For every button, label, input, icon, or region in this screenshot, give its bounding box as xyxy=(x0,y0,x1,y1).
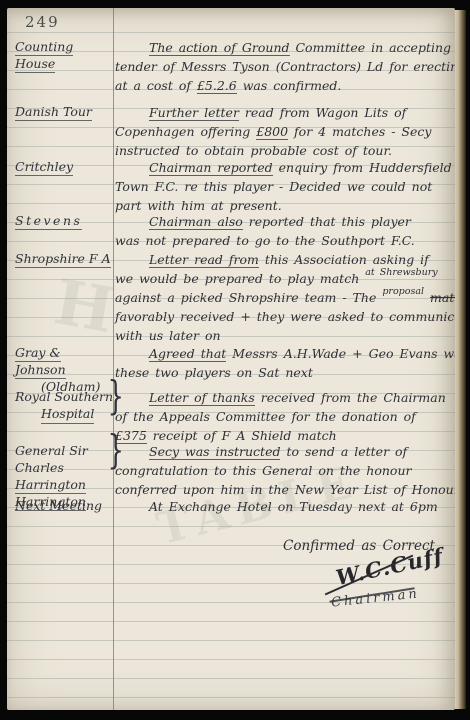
entry-line: Secy was instructed to send a letter of xyxy=(115,442,455,461)
label-brace: } xyxy=(107,385,124,411)
minute-entry-next-meeting: Next Meeting At Exchange Hotel on Tuesda… xyxy=(15,497,443,516)
entry-line: Town F.C. re this player - Decided we co… xyxy=(115,177,452,196)
underlined-phrase: Further letter xyxy=(149,105,239,121)
label-brace: } xyxy=(107,439,124,465)
entry-body: Chairman reported enquiry from Huddersfi… xyxy=(115,158,452,215)
amount-text: £5.2.6 xyxy=(197,78,237,94)
entry-label: Danish Tour xyxy=(15,103,115,160)
entry-line: tender of Messrs Tyson (Contractors) Ld … xyxy=(115,57,455,76)
minute-entry-counting-house: Counting House The action of Ground Comm… xyxy=(15,38,443,95)
line-text: read from Wagon Lits of xyxy=(239,105,406,120)
underlined-phrase: Chairman also xyxy=(149,214,243,230)
page-number: 249 xyxy=(25,13,60,31)
entry-label: Shropshire F A xyxy=(15,250,115,345)
entry-label-text: Hospital xyxy=(41,405,94,424)
line-text: received from the Chairman xyxy=(255,390,446,405)
line-text: Copenhagen offering xyxy=(115,124,256,139)
underlined-phrase: The action of Ground xyxy=(149,40,290,56)
line-text: we would be prepared to play match xyxy=(115,271,365,286)
entry-line: Copenhagen offering £800 for 4 matches -… xyxy=(115,122,443,141)
entry-label: Stevens xyxy=(15,212,115,250)
line-text: instructed to obtain probable cost of to… xyxy=(115,143,392,158)
underlined-phrase: Letter of thanks xyxy=(149,390,255,406)
line-text: Town F.C. re this player - Decided we co… xyxy=(115,179,432,194)
line-text: enquiry from Huddersfield xyxy=(273,160,452,175)
line-text: against a picked Shropshire team - The xyxy=(115,290,382,305)
line-text: this Association asking if xyxy=(259,252,429,267)
line-text: favorably received + they were asked to … xyxy=(115,309,455,324)
minute-entry-shropshire-fa: Shropshire F A Letter read from this Ass… xyxy=(15,250,443,345)
line-text: congratulation to this General on the ho… xyxy=(115,463,412,478)
line-text: with us later on xyxy=(115,328,221,343)
entry-line: Agreed that Messrs A.H.Wade + Geo Evans … xyxy=(115,344,455,363)
entry-line: at a cost of £5.2.6 was confirmed. xyxy=(115,76,455,95)
entry-line: Chairman also reported that this player xyxy=(115,212,443,231)
entry-body: Chairman also reported that this player … xyxy=(115,212,443,250)
line-text: reported that this player xyxy=(243,214,411,229)
line-text: receipt of F A Shield match xyxy=(147,428,337,443)
entry-label-text: Critchley xyxy=(15,159,73,176)
entry-label: Royal SouthernHospital} xyxy=(15,388,115,445)
entry-line: was not prepared to go to the Southport … xyxy=(115,231,443,250)
line-text: of the Appeals Committee for the donatio… xyxy=(115,409,416,424)
line-text: part with him at present. xyxy=(115,198,282,213)
entry-line: Further letter read from Wagon Lits of xyxy=(115,103,443,122)
entry-line: with us later on xyxy=(115,326,455,345)
ledger-page: H TABLE 249 Counting House The action of… xyxy=(7,8,455,710)
inserted-text: at Shrewsbury xyxy=(365,267,437,278)
entry-label-text: General Sir Charles xyxy=(15,443,88,475)
entry-body: Further letter read from Wagon Lits of C… xyxy=(115,103,443,160)
line-text: for 4 matches - Secy xyxy=(288,124,431,139)
line-text: Messrs A.H.Wade + Geo Evans watch xyxy=(226,346,455,361)
entry-line: favorably received + they were asked to … xyxy=(115,307,455,326)
line-text: at a cost of xyxy=(115,78,197,93)
entry-label: Counting House xyxy=(15,38,115,95)
book-page-edges xyxy=(455,10,466,709)
entry-label-text: Next Meeting xyxy=(15,498,102,513)
underlined-phrase: Letter read from xyxy=(149,252,259,268)
entry-line: congratulation to this General on the ho… xyxy=(115,461,455,480)
entry-line: against a picked Shropshire team - The p… xyxy=(115,288,455,307)
entry-label: Next Meeting xyxy=(15,497,115,516)
entry-line: these two players on Sat next xyxy=(115,363,455,382)
underlined-phrase: Secy was instructed xyxy=(149,444,280,460)
line-text: At Exchange Hotel on Tuesday next at 6pm xyxy=(149,499,438,514)
entry-label-text: Counting House xyxy=(15,39,73,73)
entry-label-text: Royal Southern xyxy=(15,389,113,404)
scanned-minute-book-photo: { "page_number": "249", "entries": [ { "… xyxy=(0,0,470,720)
line-text: to send a letter of xyxy=(280,444,407,459)
entry-line: Chairman reported enquiry from Huddersfi… xyxy=(115,158,452,177)
line-text: conferred upon him in the New Year List … xyxy=(115,482,455,497)
entry-label-text: Gray & Johnson xyxy=(15,345,66,379)
minute-entry-danish-tour: Danish Tour Further letter read from Wag… xyxy=(15,103,443,160)
minute-entry-stevens: Stevens Chairman also reported that this… xyxy=(15,212,443,250)
entry-line: The action of Ground Committee in accept… xyxy=(115,38,455,57)
line-text: tender of Messrs Tyson (Contractors) Ld … xyxy=(115,59,455,74)
line-text: was confirmed. xyxy=(237,78,342,93)
entry-label-text: Stevens xyxy=(15,213,82,230)
underlined-phrase: Chairman reported xyxy=(149,160,273,176)
entry-line: Letter of thanks received from the Chair… xyxy=(115,388,446,407)
line-text: was not prepared to go to the Southport … xyxy=(115,233,415,248)
entry-line: At Exchange Hotel on Tuesday next at 6pm xyxy=(115,497,443,516)
line-text: these two players on Sat next xyxy=(115,365,313,380)
entry-body: Letter read from this Association asking… xyxy=(115,250,455,345)
entry-label-text: Shropshire F A xyxy=(15,251,111,268)
entry-label: Critchley xyxy=(15,158,115,215)
entry-label-text: Danish Tour xyxy=(15,104,92,121)
minute-entry-critchley: Critchley Chairman reported enquiry from… xyxy=(15,158,443,215)
amount-text: £800 xyxy=(256,124,288,140)
struck-out-word: matter xyxy=(430,290,455,305)
entry-body: At Exchange Hotel on Tuesday next at 6pm xyxy=(115,497,443,516)
entry-body: The action of Ground Committee in accept… xyxy=(115,38,455,95)
inserted-text: proposal xyxy=(382,286,424,297)
minute-entry-royal-southern-hospital: Royal SouthernHospital} Letter of thanks… xyxy=(15,388,443,445)
underlined-phrase: Agreed that xyxy=(149,346,226,362)
entry-body: Letter of thanks received from the Chair… xyxy=(115,388,446,445)
entry-line: of the Appeals Committee for the donatio… xyxy=(115,407,446,426)
line-text: Committee in accepting xyxy=(290,40,452,55)
